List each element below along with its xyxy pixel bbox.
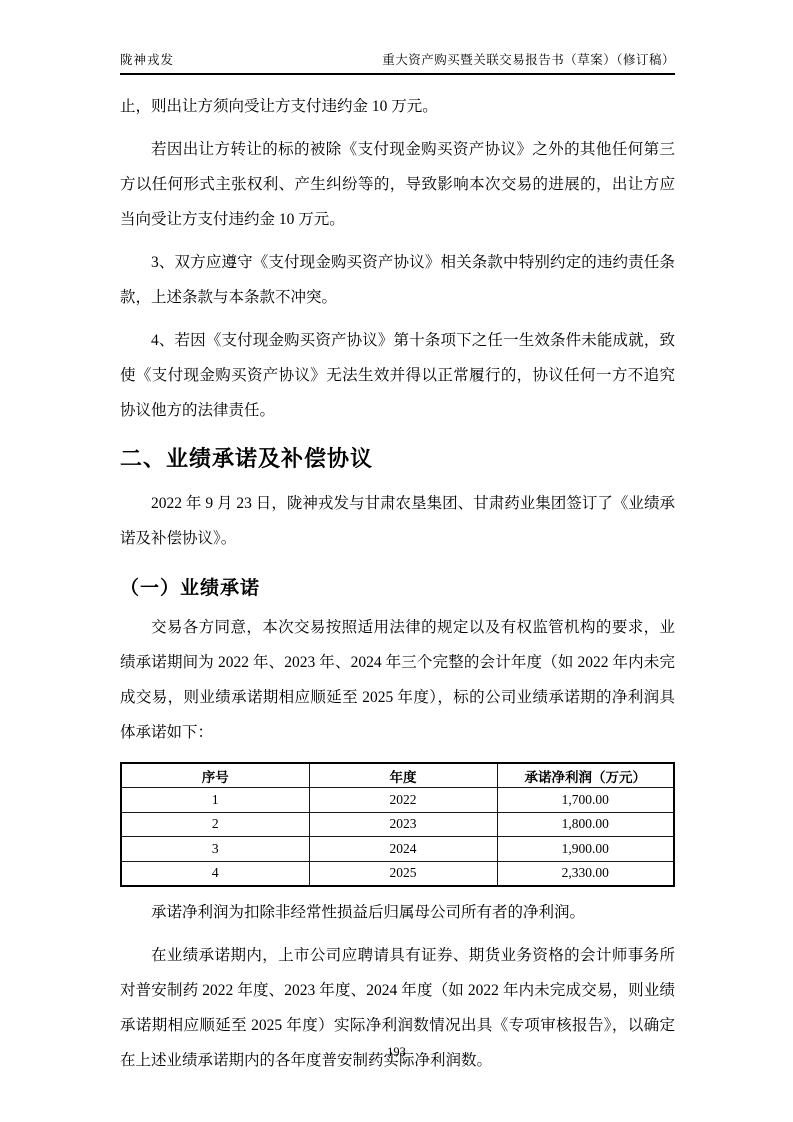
cell-index: 3 [121,837,309,862]
paragraph-agreement-signing: 2022 年 9 月 23 日，陇神戎发与甘肃农垦集团、甘肃药业集团签订了《业绩… [120,486,675,556]
paragraph-third-party-claims: 若因出让方转让的标的被除《支付现金购买资产协议》之外的其他任何第三方以任何形式主… [120,132,675,237]
cell-profit: 1,900.00 [497,837,674,862]
page-header: 陇神戎发 重大资产购买暨关联交易报告书（草案）（修订稿） [120,50,675,75]
section-title-performance-commitment: 二、业绩承诺及补偿协议 [120,444,675,474]
cell-index: 4 [121,861,309,886]
header-report-title: 重大资产购买暨关联交易报告书（草案）（修订稿） [382,50,675,68]
cell-index: 2 [121,812,309,837]
paragraph-continuation: 止，则出让方须向受让方支付违约金 10 万元。 [120,89,675,124]
cell-profit: 2,330.00 [497,861,674,886]
cell-year: 2022 [309,788,497,813]
cell-profit: 1,800.00 [497,812,674,837]
table-row: 4 2025 2,330.00 [121,861,674,886]
subsection-title-performance-commitment: （一）业绩承诺 [120,576,675,602]
column-header-year: 年度 [309,763,497,788]
table-header-row: 序号 年度 承诺净利润（万元） [121,763,674,788]
column-header-index: 序号 [121,763,309,788]
cell-year: 2023 [309,812,497,837]
paragraph-profit-definition: 承诺净利润为扣除非经常性损益后归属母公司所有者的净利润。 [120,895,675,930]
document-page: 陇神戎发 重大资产购买暨关联交易报告书（草案）（修订稿） 止，则出让方须向受让方… [0,0,793,1122]
paragraph-clause-3: 3、双方应遵守《支付现金购买资产协议》相关条款中特别约定的违约责任条款，上述条款… [120,245,675,315]
page-content: 陇神戎发 重大资产购买暨关联交易报告书（草案）（修订稿） 止，则出让方须向受让方… [0,0,793,1078]
cell-year: 2025 [309,861,497,886]
table-row: 3 2024 1,900.00 [121,837,674,862]
table-row: 1 2022 1,700.00 [121,788,674,813]
cell-index: 1 [121,788,309,813]
profit-commitment-table: 序号 年度 承诺净利润（万元） 1 2022 1,700.00 2 2023 1… [120,762,675,887]
header-company-name: 陇神戎发 [120,50,174,68]
paragraph-clause-4: 4、若因《支付现金购买资产协议》第十条项下之任一生效条件未能成就，致使《支付现金… [120,323,675,428]
column-header-promised-profit: 承诺净利润（万元） [497,763,674,788]
table-row: 2 2023 1,800.00 [121,812,674,837]
paragraph-commitment-period: 交易各方同意，本次交易按照适用法律的规定以及有权监管机构的要求，业绩承诺期间为 … [120,610,675,750]
page-number: 193 [0,1045,793,1060]
cell-year: 2024 [309,837,497,862]
cell-profit: 1,700.00 [497,788,674,813]
